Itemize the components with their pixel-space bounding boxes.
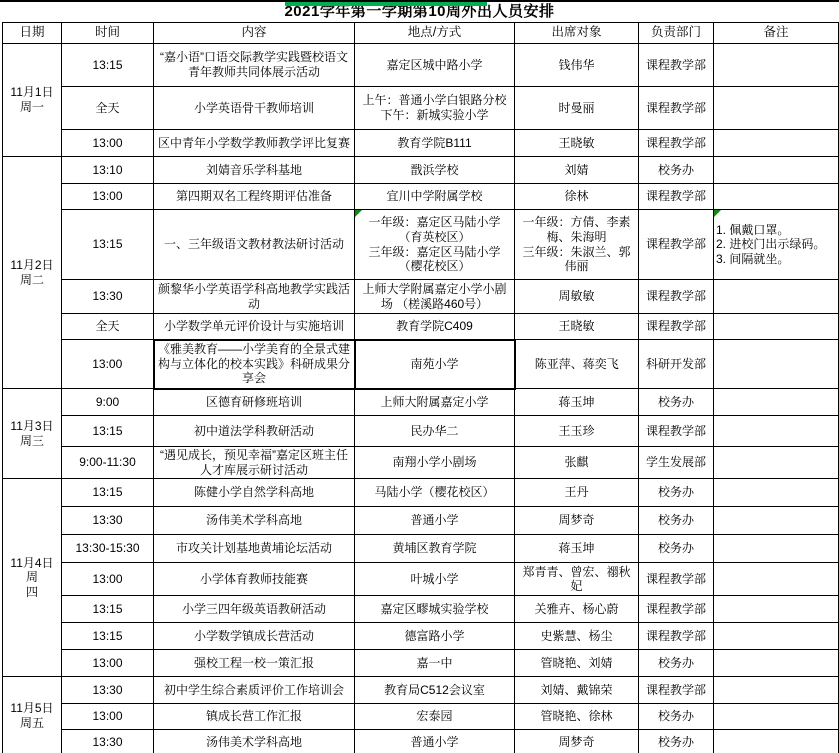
note-cell[interactable] xyxy=(714,596,839,623)
attendees-cell[interactable]: 刘婧、戴锦荣 xyxy=(515,677,639,704)
content-text: 陈健小学自然学科高地 xyxy=(194,485,314,499)
content-text: “遇见成长，预见幸福”嘉定区班主任人才库展示研讨活动 xyxy=(160,448,348,477)
time-text: 13:00 xyxy=(92,572,122,586)
content-text: 第四期双名工程终期评估准备 xyxy=(176,189,332,203)
time-cell[interactable]: 13:00 xyxy=(62,340,154,389)
department-cell[interactable]: 校务办 xyxy=(639,389,714,416)
time-text: 13:30-15:30 xyxy=(75,541,139,555)
location-cell[interactable]: 南苑小学 xyxy=(355,340,515,389)
location-cell[interactable]: 普通小学 xyxy=(355,730,515,753)
attendees-cell[interactable]: 蒋玉坤 xyxy=(515,535,639,563)
attendees-text: 史紫慧、杨尘 xyxy=(540,629,612,643)
department-cell[interactable]: 课程教学部 xyxy=(639,563,714,596)
attendees-cell[interactable]: 郑青青、曾宏、禤秋妃 xyxy=(515,563,639,596)
attendees-text: 周梦奇 xyxy=(558,513,594,527)
attendees-text: 王玉珍 xyxy=(558,424,594,438)
department-text: 课程教学部 xyxy=(646,101,706,115)
location-text: 一年级：嘉定区马陆小学 （育英校区） 三年级：嘉定区马陆小学 （樱花校区） xyxy=(368,215,500,273)
attendees-cell[interactable]: 管晓艳、徐林 xyxy=(515,704,639,730)
department-text: 学生发展部 xyxy=(646,455,706,469)
location-cell[interactable]: 上师大附属嘉定小学 xyxy=(355,389,515,416)
content-text: 一、三年级语文教材教法研讨活动 xyxy=(164,237,344,251)
time-text: 9:00-11:30 xyxy=(79,455,136,469)
attendees-cell[interactable]: 蒋玉坤 xyxy=(515,389,639,416)
time-text: 13:15 xyxy=(92,58,122,72)
location-text: 南苑小学 xyxy=(410,357,458,371)
location-text: 普通小学 xyxy=(410,513,458,527)
table-row: 13:00小学体育教师技能赛叶城小学郑青青、曾宏、禤秋妃课程教学部 xyxy=(3,563,839,596)
location-cell[interactable]: 普通小学 xyxy=(355,507,515,535)
column-header[interactable]: 地点/方式 xyxy=(355,23,515,44)
attendees-text: 蒋玉坤 xyxy=(558,541,594,555)
department-text: 课程教学部 xyxy=(646,683,706,697)
time-cell[interactable]: 13:30-15:30 xyxy=(62,535,154,563)
content-cell[interactable]: “遇见成长，预见幸福”嘉定区班主任人才库展示研讨活动 xyxy=(154,447,355,479)
time-cell[interactable]: 13:30 xyxy=(62,730,154,753)
note-cell[interactable] xyxy=(714,563,839,596)
department-cell[interactable]: 校务办 xyxy=(639,479,714,507)
content-text: 刘婧音乐学科基地 xyxy=(206,163,302,177)
department-text: 科研开发部 xyxy=(646,357,706,371)
table-row: 13:00强校工程一校一策汇报嘉一中管晓艳、刘婧校务办 xyxy=(3,650,839,677)
attendees-text: 陈亚萍、蒋奕飞 xyxy=(535,357,619,371)
content-cell[interactable]: 小学数学镇成长营活动 xyxy=(154,623,355,650)
time-cell[interactable]: 13:15 xyxy=(62,210,154,280)
note-cell[interactable] xyxy=(714,623,839,650)
time-cell[interactable]: 13:00 xyxy=(62,130,154,157)
table-row: 13:30汤伟美术学科高地普通小学周梦奇校务办 xyxy=(3,507,839,535)
department-text: 课程教学部 xyxy=(646,602,706,616)
attendees-text: 王丹 xyxy=(564,485,588,499)
time-text: 13:00 xyxy=(92,136,122,150)
note-cell[interactable] xyxy=(714,340,839,389)
table-row: 全天小学数学单元评价设计与实施培训教育学院C409王晓敏课程教学部 xyxy=(3,314,839,340)
date-cell[interactable]: 11月3日 周三 xyxy=(3,389,62,479)
table-row: 13:15小学数学镇成长营活动德富路小学史紫慧、杨尘课程教学部 xyxy=(3,623,839,650)
location-cell[interactable]: 上师大学附属嘉定小学小剧场 （槎溪路460号） xyxy=(355,280,515,314)
time-cell[interactable]: 13:00 xyxy=(62,650,154,677)
table-row: 11月1日 周一13:15“嘉小语”口语交际教学实践暨校语文青年教师共同体展示活… xyxy=(3,44,839,87)
note-cell[interactable] xyxy=(714,447,839,479)
location-text: 马陆小学（樱花校区） xyxy=(374,485,494,499)
department-cell[interactable]: 课程教学部 xyxy=(639,130,714,157)
content-cell[interactable]: 第四期双名工程终期评估准备 xyxy=(154,184,355,210)
content-text: 初中道法学科教研活动 xyxy=(194,424,314,438)
time-text: 13:15 xyxy=(92,424,122,438)
comment-marker-icon xyxy=(714,210,721,217)
table-row: 13:15一、三年级语文教材教法研讨活动一年级：嘉定区马陆小学 （育英校区） 三… xyxy=(3,210,839,280)
note-cell[interactable] xyxy=(714,157,839,184)
content-text: 区德育研修班培训 xyxy=(206,395,302,409)
note-cell[interactable] xyxy=(714,535,839,563)
content-cell[interactable]: “嘉小语”口语交际教学实践暨校语文青年教师共同体展示活动 xyxy=(154,44,355,87)
date-cell[interactable]: 11月4日周 四 xyxy=(3,479,62,677)
location-text: 教育学院C409 xyxy=(396,319,473,333)
content-text: 初中学生综合素质评价工作培训会 xyxy=(164,683,344,697)
column-header[interactable]: 内容 xyxy=(154,23,355,44)
location-cell[interactable]: 民办华二 xyxy=(355,416,515,447)
attendees-cell[interactable]: 王晓敏 xyxy=(515,314,639,340)
attendees-cell[interactable]: 王丹 xyxy=(515,479,639,507)
column-header[interactable]: 负责部门 xyxy=(639,23,714,44)
attendees-cell[interactable]: 周梦奇 xyxy=(515,507,639,535)
table-row: 11月3日 周三9:00区德育研修班培训上师大附属嘉定小学蒋玉坤校务办 xyxy=(3,389,839,416)
content-text: 颜黎华小学英语学科高地教学实践活动 xyxy=(158,282,350,311)
time-text: 13:30 xyxy=(92,683,122,697)
content-text: 区中青年小学数学教师教学评比复赛 xyxy=(158,136,350,150)
table-row: 13:15小学三四年级英语教研活动嘉定区疁城实验学校关雅卉、杨心蔚课程教学部 xyxy=(3,596,839,623)
header-row: 日期时间内容地点/方式出席对象负责部门备注 xyxy=(3,23,839,44)
time-cell[interactable]: 13:30 xyxy=(62,280,154,314)
attendees-text: 一年级：方倩、李素梅、朱海明 三年级：朱淑兰、郭伟丽 xyxy=(522,215,630,273)
location-text: 民办华二 xyxy=(410,424,458,438)
attendees-cell[interactable]: 徐林 xyxy=(515,184,639,210)
department-cell[interactable]: 校务办 xyxy=(639,507,714,535)
spreadsheet-page: 2021学年第一学期第10周外出人员安排 日期时间内容地点/方式出席对象负责部门… xyxy=(0,0,839,753)
time-text: 13:30 xyxy=(92,289,122,303)
location-cell[interactable]: 南翔小学小剧场 xyxy=(355,447,515,479)
time-text: 13:00 xyxy=(92,189,122,203)
attendees-text: 钱伟华 xyxy=(558,58,594,72)
content-text: 小学体育教师技能赛 xyxy=(200,572,308,586)
content-cell[interactable]: 区中青年小学数学教师教学评比复赛 xyxy=(154,130,355,157)
comment-marker-icon xyxy=(355,210,362,217)
content-cell[interactable]: 区德育研修班培训 xyxy=(154,389,355,416)
attendees-text: 刘婧 xyxy=(564,163,588,177)
time-cell[interactable]: 13:00 xyxy=(62,704,154,730)
note-cell[interactable] xyxy=(714,280,839,314)
department-text: 课程教学部 xyxy=(646,424,706,438)
schedule-table: 日期时间内容地点/方式出席对象负责部门备注 11月1日 周一13:15“嘉小语”… xyxy=(2,22,839,753)
content-cell[interactable]: 颜黎华小学英语学科高地教学实践活动 xyxy=(154,280,355,314)
location-cell[interactable]: 教育局C512会议室 xyxy=(355,677,515,704)
location-cell[interactable]: 戬浜学校 xyxy=(355,157,515,184)
location-cell[interactable]: 宏泰园 xyxy=(355,704,515,730)
content-cell[interactable]: 市攻关计划基地黄埔论坛活动 xyxy=(154,535,355,563)
attendees-text: 周梦奇 xyxy=(558,735,594,749)
location-text: 宜川中学附属学校 xyxy=(386,189,482,203)
content-cell[interactable]: 小学英语骨干教师培训 xyxy=(154,87,355,130)
attendees-text: 张麒 xyxy=(564,455,588,469)
content-cell[interactable]: 陈健小学自然学科高地 xyxy=(154,479,355,507)
date-label: 11月5日 周五 xyxy=(10,701,53,730)
department-text: 课程教学部 xyxy=(646,319,706,333)
location-cell[interactable]: 嘉定区城中路小学 xyxy=(355,44,515,87)
location-cell[interactable]: 教育学院B111 xyxy=(355,130,515,157)
note-cell[interactable] xyxy=(714,184,839,210)
location-text: 宏泰园 xyxy=(416,709,452,723)
department-cell[interactable]: 校务办 xyxy=(639,730,714,753)
content-text: 汤伟美术学科高地 xyxy=(206,513,302,527)
time-text: 13:30 xyxy=(92,513,122,527)
content-text: 小学数学单元评价设计与实施培训 xyxy=(164,319,344,333)
content-cell[interactable]: 小学数学单元评价设计与实施培训 xyxy=(154,314,355,340)
location-text: 南翔小学小剧场 xyxy=(392,455,476,469)
content-text: 小学英语骨干教师培训 xyxy=(194,101,314,115)
department-text: 课程教学部 xyxy=(646,572,706,586)
attendees-text: 徐林 xyxy=(564,189,588,203)
department-cell[interactable]: 课程教学部 xyxy=(639,87,714,130)
department-cell[interactable]: 校务办 xyxy=(639,704,714,730)
location-cell[interactable]: 教育学院C409 xyxy=(355,314,515,340)
note-cell[interactable] xyxy=(714,130,839,157)
location-cell[interactable]: 宜川中学附属学校 xyxy=(355,184,515,210)
note-cell[interactable]: 1. 佩戴口罩。 2. 进校门出示绿码。 3. 间隔就坐。 xyxy=(714,210,839,280)
column-header[interactable]: 日期 xyxy=(3,23,62,44)
content-cell[interactable]: 《雅美教育——小学美育的全景式建构与立体化的校本实践》科研成果分享会 xyxy=(154,340,355,389)
department-text: 校务办 xyxy=(658,485,694,499)
department-cell[interactable]: 课程教学部 xyxy=(639,416,714,447)
column-header[interactable]: 出席对象 xyxy=(515,23,639,44)
content-cell[interactable]: 初中学生综合素质评价工作培训会 xyxy=(154,677,355,704)
date-label: 11月2日 周二 xyxy=(10,258,53,287)
content-text: 镇成长营工作汇报 xyxy=(206,709,302,723)
table-row: 11月2日 周二13:10刘婧音乐学科基地戬浜学校刘婧校务办 xyxy=(3,157,839,184)
time-text: 13:00 xyxy=(92,357,122,371)
note-cell[interactable] xyxy=(714,479,839,507)
location-cell[interactable]: 嘉一中 xyxy=(355,650,515,677)
note-cell[interactable] xyxy=(714,416,839,447)
attendees-text: 刘婧、戴锦荣 xyxy=(540,683,612,697)
department-text: 校务办 xyxy=(658,395,694,409)
content-cell[interactable]: 一、三年级语文教材教法研讨活动 xyxy=(154,210,355,280)
table-row: 11月5日 周五13:30初中学生综合素质评价工作培训会教育局C512会议室刘婧… xyxy=(3,677,839,704)
note-cell[interactable] xyxy=(714,87,839,130)
content-text: “嘉小语”口语交际教学实践暨校语文青年教师共同体展示活动 xyxy=(160,50,348,79)
table-row: 13:15初中道法学科教研活动民办华二王玉珍课程教学部 xyxy=(3,416,839,447)
table-row: 13:30-15:30市攻关计划基地黄埔论坛活动黄埔区教育学院蒋玉坤校务办 xyxy=(3,535,839,563)
date-label: 11月1日 周一 xyxy=(10,85,53,114)
location-cell[interactable]: 嘉定区疁城实验学校 xyxy=(355,596,515,623)
content-cell[interactable]: 刘婧音乐学科基地 xyxy=(154,157,355,184)
attendees-cell[interactable]: 管晓艳、刘婧 xyxy=(515,650,639,677)
time-text: 全天 xyxy=(95,101,119,115)
time-cell[interactable]: 13:15 xyxy=(62,479,154,507)
location-text: 普通小学 xyxy=(410,735,458,749)
location-cell[interactable]: 马陆小学（樱花校区） xyxy=(355,479,515,507)
time-cell[interactable]: 13:10 xyxy=(62,157,154,184)
schedule-body: 11月1日 周一13:15“嘉小语”口语交际教学实践暨校语文青年教师共同体展示活… xyxy=(3,44,839,753)
note-text: 1. 佩戴口罩。 2. 进校门出示绿码。 3. 间隔就坐。 xyxy=(716,223,825,266)
note-cell[interactable] xyxy=(714,730,839,753)
department-text: 校务办 xyxy=(658,709,694,723)
table-row: 13:00区中青年小学数学教师教学评比复赛教育学院B111王晓敏课程教学部 xyxy=(3,130,839,157)
time-text: 13:00 xyxy=(92,656,122,670)
attendees-text: 管晓艳、徐林 xyxy=(540,709,612,723)
attendees-text: 王晓敏 xyxy=(558,319,594,333)
department-cell[interactable]: 课程教学部 xyxy=(639,596,714,623)
content-cell[interactable]: 汤伟美术学科高地 xyxy=(154,730,355,753)
content-cell[interactable]: 小学三四年级英语教研活动 xyxy=(154,596,355,623)
department-cell[interactable]: 课程教学部 xyxy=(639,44,714,87)
attendees-cell[interactable]: 钱伟华 xyxy=(515,44,639,87)
table-row: 13:00第四期双名工程终期评估准备宜川中学附属学校徐林课程教学部 xyxy=(3,184,839,210)
location-cell[interactable]: 德富路小学 xyxy=(355,623,515,650)
attendees-cell[interactable]: 周敏敏 xyxy=(515,280,639,314)
location-text: 德富路小学 xyxy=(404,629,464,643)
department-text: 课程教学部 xyxy=(646,289,706,303)
department-text: 课程教学部 xyxy=(646,58,706,72)
time-cell[interactable]: 13:15 xyxy=(62,44,154,87)
content-cell[interactable]: 小学体育教师技能赛 xyxy=(154,563,355,596)
department-text: 校务办 xyxy=(658,513,694,527)
location-cell[interactable]: 一年级：嘉定区马陆小学 （育英校区） 三年级：嘉定区马陆小学 （樱花校区） xyxy=(355,210,515,280)
date-label: 11月4日周 四 xyxy=(10,556,53,599)
table-row: 13:30汤伟美术学科高地普通小学周梦奇校务办 xyxy=(3,730,839,753)
time-cell[interactable]: 全天 xyxy=(62,87,154,130)
note-cell[interactable] xyxy=(714,314,839,340)
time-text: 13:15 xyxy=(92,237,122,251)
table-row: 11月4日周 四13:15陈健小学自然学科高地马陆小学（樱花校区）王丹校务办 xyxy=(3,479,839,507)
attendees-text: 周敏敏 xyxy=(558,289,594,303)
department-text: 课程教学部 xyxy=(646,237,706,251)
content-text: 汤伟美术学科高地 xyxy=(206,735,302,749)
attendees-cell[interactable]: 王玉珍 xyxy=(515,416,639,447)
time-cell[interactable]: 全天 xyxy=(62,314,154,340)
time-text: 13:15 xyxy=(92,602,122,616)
time-cell[interactable]: 9:00-11:30 xyxy=(62,447,154,479)
location-cell[interactable]: 上午：普通小学白银路分校 下午：新城实验小学 xyxy=(355,87,515,130)
note-cell[interactable] xyxy=(714,507,839,535)
department-cell[interactable]: 课程教学部 xyxy=(639,623,714,650)
department-cell[interactable]: 课程教学部 xyxy=(639,210,714,280)
department-cell[interactable]: 课程教学部 xyxy=(639,677,714,704)
location-text: 上午：普通小学白银路分校 下午：新城实验小学 xyxy=(362,93,506,122)
date-cell[interactable]: 11月2日 周二 xyxy=(3,157,62,389)
time-text: 13:00 xyxy=(92,709,122,723)
department-text: 校务办 xyxy=(658,656,694,670)
table-row: 全天小学英语骨干教师培训上午：普通小学白银路分校 下午：新城实验小学时曼丽课程教… xyxy=(3,87,839,130)
note-cell[interactable] xyxy=(714,389,839,416)
selection-strip xyxy=(285,2,487,6)
department-cell[interactable]: 校务办 xyxy=(639,535,714,563)
attendees-text: 王晓敏 xyxy=(558,136,594,150)
note-cell[interactable] xyxy=(714,44,839,87)
attendees-text: 关雅卉、杨心蔚 xyxy=(534,602,618,616)
note-cell[interactable] xyxy=(714,650,839,677)
time-text: 13:15 xyxy=(92,485,122,499)
content-text: 《雅美教育——小学美育的全景式建构与立体化的校本实践》科研成果分享会 xyxy=(158,342,350,385)
note-cell[interactable] xyxy=(714,704,839,730)
time-cell[interactable]: 9:00 xyxy=(62,389,154,416)
department-cell[interactable]: 学生发展部 xyxy=(639,447,714,479)
department-text: 校务办 xyxy=(658,735,694,749)
attendees-cell[interactable]: 一年级：方倩、李素梅、朱海明 三年级：朱淑兰、郭伟丽 xyxy=(515,210,639,280)
time-text: 13:15 xyxy=(92,629,122,643)
attendees-cell[interactable]: 王晓敏 xyxy=(515,130,639,157)
department-text: 课程教学部 xyxy=(646,189,706,203)
department-text: 课程教学部 xyxy=(646,629,706,643)
attendees-cell[interactable]: 刘婧 xyxy=(515,157,639,184)
time-text: 13:30 xyxy=(92,735,122,749)
column-header[interactable]: 时间 xyxy=(62,23,154,44)
attendees-cell[interactable]: 张麒 xyxy=(515,447,639,479)
attendees-cell[interactable]: 关雅卉、杨心蔚 xyxy=(515,596,639,623)
location-text: 嘉一中 xyxy=(416,656,452,670)
attendees-cell[interactable]: 时曼丽 xyxy=(515,87,639,130)
time-cell[interactable]: 13:00 xyxy=(62,184,154,210)
attendees-cell[interactable]: 史紫慧、杨尘 xyxy=(515,623,639,650)
table-row: 13:00《雅美教育——小学美育的全景式建构与立体化的校本实践》科研成果分享会南… xyxy=(3,340,839,389)
time-text: 全天 xyxy=(95,319,119,333)
location-text: 叶城小学 xyxy=(410,572,458,586)
table-row: 13:00镇成长营工作汇报宏泰园管晓艳、徐林校务办 xyxy=(3,704,839,730)
attendees-cell[interactable]: 周梦奇 xyxy=(515,730,639,753)
attendees-cell[interactable]: 陈亚萍、蒋奕飞 xyxy=(515,340,639,389)
time-cell[interactable]: 13:15 xyxy=(62,623,154,650)
location-text: 黄埔区教育学院 xyxy=(392,541,476,555)
location-text: 教育局C512会议室 xyxy=(384,683,485,697)
content-text: 小学数学镇成长营活动 xyxy=(194,629,314,643)
location-text: 嘉定区疁城实验学校 xyxy=(380,602,488,616)
location-text: 教育学院B111 xyxy=(397,136,471,150)
location-text: 戬浜学校 xyxy=(410,163,458,177)
location-cell[interactable]: 叶城小学 xyxy=(355,563,515,596)
department-text: 课程教学部 xyxy=(646,136,706,150)
department-text: 校务办 xyxy=(658,541,694,555)
department-cell[interactable]: 校务办 xyxy=(639,650,714,677)
department-text: 校务办 xyxy=(658,163,694,177)
table-row: 9:00-11:30“遇见成长，预见幸福”嘉定区班主任人才库展示研讨活动南翔小学… xyxy=(3,447,839,479)
location-cell[interactable]: 黄埔区教育学院 xyxy=(355,535,515,563)
note-cell[interactable] xyxy=(714,677,839,704)
location-text: 上师大附属嘉定小学 xyxy=(380,395,488,409)
location-text: 上师大学附属嘉定小学小剧场 （槎溪路460号） xyxy=(362,282,506,311)
department-cell[interactable]: 课程教学部 xyxy=(639,280,714,314)
content-text: 小学三四年级英语教研活动 xyxy=(182,602,326,616)
department-cell[interactable]: 课程教学部 xyxy=(639,184,714,210)
time-cell[interactable]: 13:30 xyxy=(62,677,154,704)
time-cell[interactable]: 13:15 xyxy=(62,596,154,623)
location-text: 嘉定区城中路小学 xyxy=(386,58,482,72)
content-text: 强校工程一校一策汇报 xyxy=(194,656,314,670)
content-text: 市攻关计划基地黄埔论坛活动 xyxy=(176,541,332,555)
time-text: 9:00 xyxy=(96,395,119,409)
attendees-text: 时曼丽 xyxy=(558,101,594,115)
content-cell[interactable]: 强校工程一校一策汇报 xyxy=(154,650,355,677)
content-cell[interactable]: 初中道法学科教研活动 xyxy=(154,416,355,447)
date-cell[interactable]: 11月5日 周五 xyxy=(3,677,62,753)
date-cell[interactable]: 11月1日 周一 xyxy=(3,44,62,157)
department-cell[interactable]: 校务办 xyxy=(639,157,714,184)
table-row: 13:30颜黎华小学英语学科高地教学实践活动上师大学附属嘉定小学小剧场 （槎溪路… xyxy=(3,280,839,314)
content-cell[interactable]: 汤伟美术学科高地 xyxy=(154,507,355,535)
attendees-text: 管晓艳、刘婧 xyxy=(540,656,612,670)
time-cell[interactable]: 13:15 xyxy=(62,416,154,447)
attendees-text: 蒋玉坤 xyxy=(558,395,594,409)
content-cell[interactable]: 镇成长营工作汇报 xyxy=(154,704,355,730)
department-cell[interactable]: 科研开发部 xyxy=(639,340,714,389)
department-cell[interactable]: 课程教学部 xyxy=(639,314,714,340)
column-header[interactable]: 备注 xyxy=(714,23,839,44)
date-label: 11月3日 周三 xyxy=(10,419,53,448)
attendees-text: 郑青青、曾宏、禤秋妃 xyxy=(522,565,630,594)
time-cell[interactable]: 13:00 xyxy=(62,563,154,596)
time-cell[interactable]: 13:30 xyxy=(62,507,154,535)
time-text: 13:10 xyxy=(92,163,122,177)
